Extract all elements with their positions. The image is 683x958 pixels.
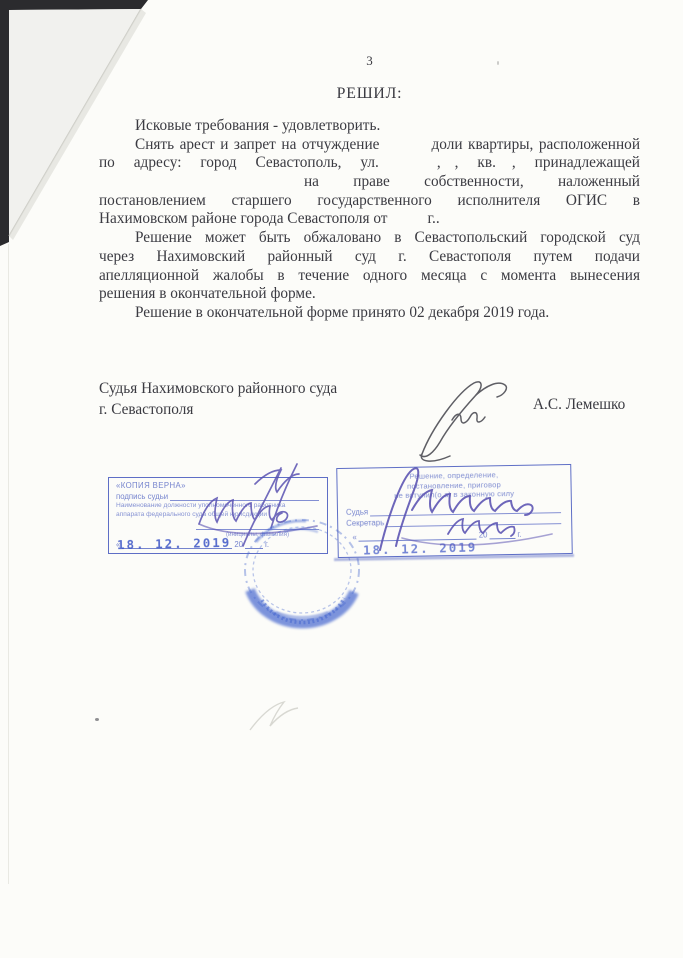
body-line: по адресу: город Севастополь, ул.,, кв.,… xyxy=(99,154,640,173)
body-line: Решение может быть обжаловано в Севастоп… xyxy=(99,229,640,248)
signature-stroke xyxy=(448,519,515,536)
body-text: , xyxy=(437,154,441,171)
judge-role-block: Судья Нахимовского районного суда г. Сев… xyxy=(99,379,337,420)
body-text: доли квартиры, расположенной xyxy=(431,136,640,153)
body-text: , кв. xyxy=(455,154,496,171)
body-line: Нахимовском районе города Севастополя от… xyxy=(99,210,640,229)
judge-role-line: г. Севастополя xyxy=(99,400,337,421)
body-text: Нахимовском районе города Севастополя от xyxy=(99,210,387,227)
scan-speck xyxy=(497,61,499,65)
body-line: Исковые требования - удовлетворить. xyxy=(99,117,640,136)
body-text: г.. xyxy=(427,210,439,227)
body-line: постановлением старшего государственного… xyxy=(99,192,640,211)
stamp-copy-label: подпись судьи xyxy=(116,491,168,502)
body-text: постановлением старшего государственного… xyxy=(99,192,640,209)
page-number: 3 xyxy=(99,53,640,69)
seal-bottom-smudge xyxy=(250,590,354,623)
judge-secretary-handwritten-signatures xyxy=(352,458,582,558)
judge-role-line: Судья Нахимовского районного суда xyxy=(99,379,337,400)
page-left-edge xyxy=(8,244,9,884)
body-text: через Нахимовский районный суд г. Севаст… xyxy=(99,248,640,265)
body-text: по адресу: город Севастополь, ул. xyxy=(99,154,379,171)
body-line: апелляционной жалобы в течение одного ме… xyxy=(99,267,640,286)
body-text: Решение в окончательной форме принято 02… xyxy=(135,304,549,321)
body-text: , принадлежащей xyxy=(512,154,640,171)
seal-top-arc xyxy=(256,521,306,542)
body-text: решения в окончательной форме. xyxy=(99,285,316,302)
body-text: Исковые требования - удовлетворить. xyxy=(135,117,380,134)
body-text: Снять арест и запрет на отчуждение xyxy=(135,136,379,153)
body-line: Снять арест и запрет на отчуждениедоли к… xyxy=(99,136,640,155)
body-line: решения в окончательной форме. xyxy=(99,285,640,304)
body-line: на праве собственности, наложенный xyxy=(99,173,640,192)
body-text: апелляционной жалобы в течение одного ме… xyxy=(99,267,640,284)
decision-title: РЕШИЛ: xyxy=(99,85,640,103)
signature-stroke xyxy=(402,534,552,545)
faint-pencil-mark xyxy=(240,688,310,743)
seal-inner-ring xyxy=(253,527,351,613)
signature-stroke xyxy=(412,490,533,515)
signature-stroke xyxy=(420,382,481,457)
body-line: через Нахимовский районный суд г. Севаст… xyxy=(99,248,640,267)
scan-speck xyxy=(95,718,99,721)
body-text: на праве собственности, наложенный xyxy=(304,173,640,190)
scanned-court-decision-page: 3 РЕШИЛ: Исковые требования - удовлетвор… xyxy=(0,0,683,958)
judge-handwritten-signature xyxy=(406,376,536,466)
seal-blotches xyxy=(276,529,328,617)
judge-name: А.С. Лемешко xyxy=(533,396,625,414)
decision-body: Исковые требования - удовлетворить. Снят… xyxy=(99,117,640,323)
body-line: Решение в окончательной форме принято 02… xyxy=(99,304,640,323)
body-text: Решение может быть обжаловано в Севастоп… xyxy=(135,229,640,246)
